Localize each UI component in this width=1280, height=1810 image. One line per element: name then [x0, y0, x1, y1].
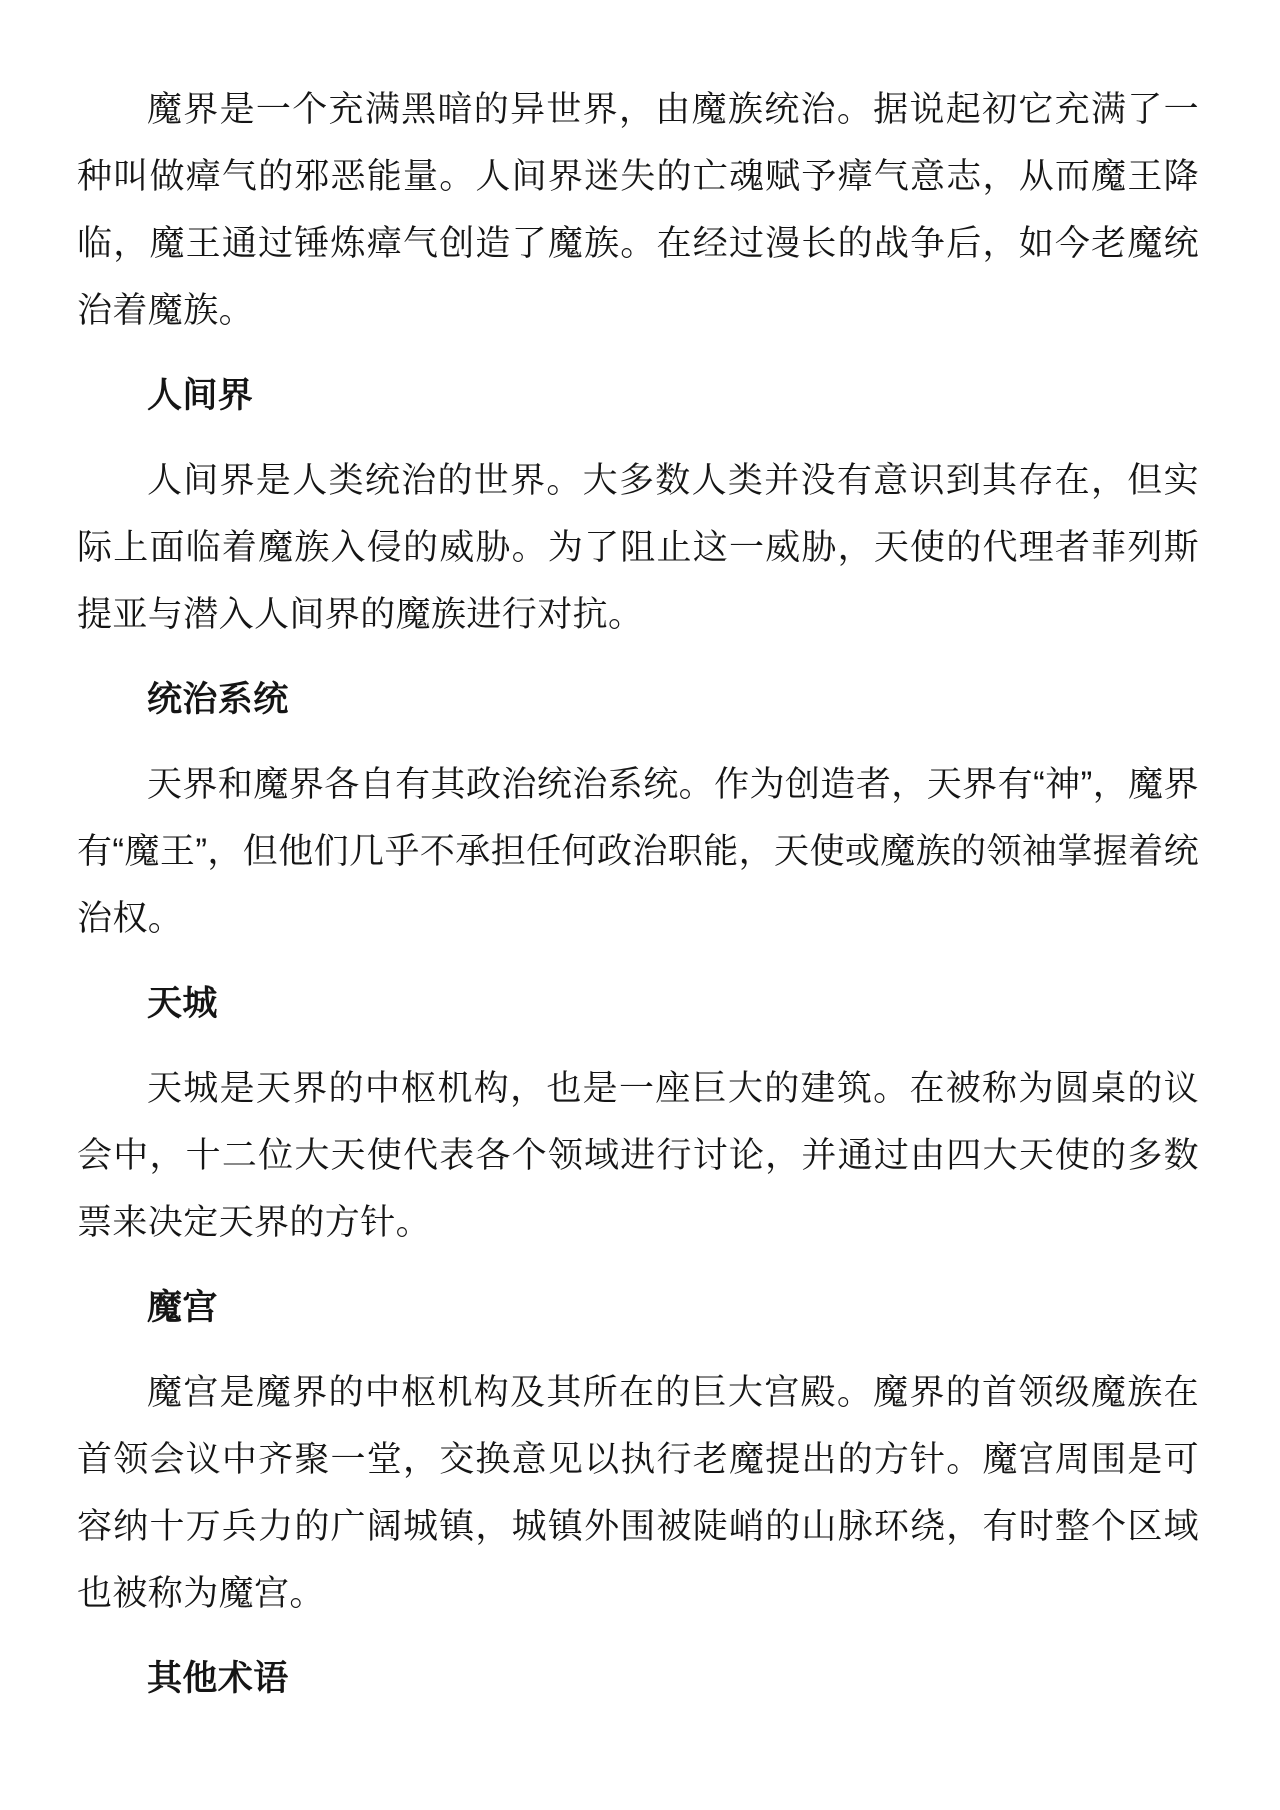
paragraph-demon-world: 魔界是一个充满黑暗的异世界，由魔族统治。据说起初它充满了一种叫做瘴气的邪恶能量。…: [77, 76, 1199, 344]
document-page: 魔界是一个充满黑暗的异世界，由魔族统治。据说起初它充满了一种叫做瘴气的邪恶能量。…: [0, 0, 1280, 1810]
paragraph-heaven-city: 天城是天界的中枢机构，也是一座巨大的建筑。在被称为圆桌的议会中，十二位大天使代表…: [77, 1055, 1199, 1256]
heading-ruling-system: 统治系统: [77, 666, 1199, 733]
heading-heaven-city: 天城: [77, 970, 1199, 1037]
document-body: 魔界是一个充满黑暗的异世界，由魔族统治。据说起初它充满了一种叫做瘴气的邪恶能量。…: [77, 76, 1199, 1712]
paragraph-human-world: 人间界是人类统治的世界。大多数人类并没有意识到其存在，但实际上面临着魔族入侵的威…: [77, 447, 1199, 648]
paragraph-ruling-system: 天界和魔界各自有其政治统治系统。作为创造者，天界有“神”，魔界有“魔王”，但他们…: [77, 751, 1199, 952]
paragraph-demon-palace: 魔宫是魔界的中枢机构及其所在的巨大宫殿。魔界的首领级魔族在首领会议中齐聚一堂，交…: [77, 1359, 1199, 1627]
heading-human-world: 人间界: [77, 362, 1199, 429]
heading-demon-palace: 魔宫: [77, 1274, 1199, 1341]
heading-other-terms: 其他术语: [77, 1645, 1199, 1712]
